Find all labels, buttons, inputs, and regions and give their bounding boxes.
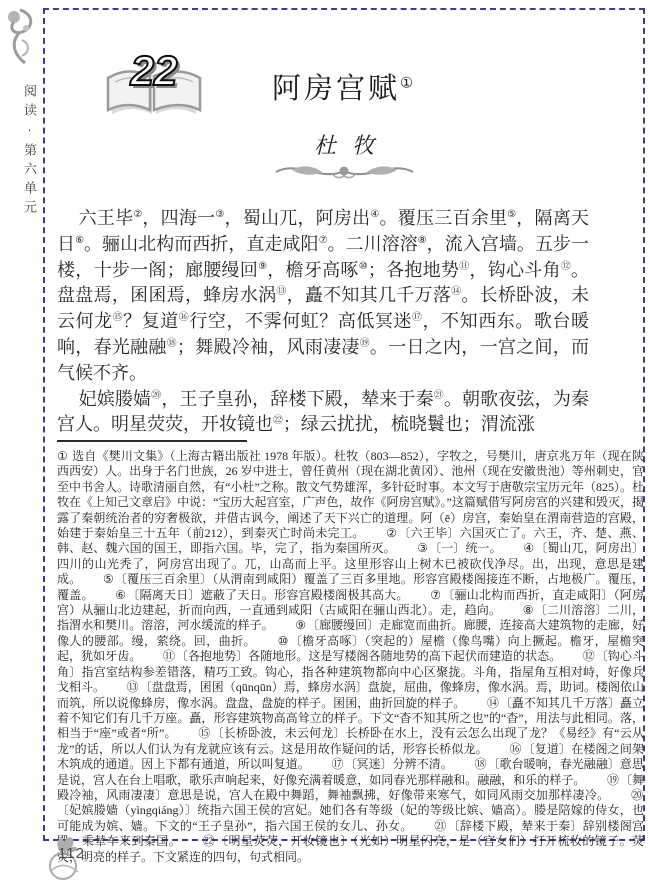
page-title: 阿房宫赋① xyxy=(43,66,645,107)
footnote-number: ⑭ xyxy=(487,696,499,710)
footnote-number: ⑲ xyxy=(607,773,619,787)
author-flourish-icon xyxy=(272,156,417,186)
footnote-number: ⑥ xyxy=(115,588,126,602)
paragraph: 妃嫔媵嫱⑳，王子皇孙，辞楼下殿，辇来于秦㉑。朝歌夜弦，为秦宫人。明星荧荧，开妆镜… xyxy=(57,387,589,439)
footnote-number: ⑦ xyxy=(430,588,441,602)
paragraph: 六王毕②，四海一③，蜀山兀，阿房出④。覆压三百余里⑤，隔离天日⑥。骊山北构而西折… xyxy=(57,206,589,387)
footnote-number: ⑤ xyxy=(103,572,114,586)
corner-ornament-icon xyxy=(2,6,40,66)
footnote-number: ㉑ xyxy=(434,819,446,833)
page-number: 112 xyxy=(58,845,85,862)
footnote-number: ⑩ xyxy=(278,634,289,648)
footnote-number: ⑫ xyxy=(583,649,595,663)
footnote-number: ⑪ xyxy=(163,649,175,663)
footnote-number: ② xyxy=(386,526,397,540)
footnote-number: ⑰ xyxy=(331,757,343,771)
footnote-number: ⑯ xyxy=(509,742,521,756)
footnote-number: ③ xyxy=(417,541,428,555)
footnote-number: ⑮ xyxy=(198,726,210,740)
footnote-item: ⑥〔隔离天日〕遮蔽了天日。形容宫殿楼阁极其高大。 xyxy=(115,588,408,602)
footnote-number: ⑬ xyxy=(127,680,139,694)
main-text: 六王毕②，四海一③，蜀山兀，阿房出④。覆压三百余里⑤，隔离天日⑥。骊山北构而西折… xyxy=(57,206,589,438)
footnote-item: ③〔一〕统一。 xyxy=(417,541,501,555)
footnote-number: ⑨ xyxy=(295,618,306,632)
footnote-number: ① xyxy=(57,449,68,463)
footnote-number: ⑧ xyxy=(523,603,534,617)
footnote-number: ⑳ xyxy=(631,788,643,802)
footnote-separator xyxy=(57,440,247,442)
footnote-item: ⑰〔冥迷〕分辨不清。 xyxy=(331,757,452,771)
footnotes: ① 选自《樊川文集》（上海古籍出版社 1978 年版）。杜牧（803—852），… xyxy=(57,449,644,865)
footnote-number: ㉒ xyxy=(203,834,215,848)
footnote-number: ④ xyxy=(523,541,534,555)
sidebar-unit-label: 阅读·第六单元 xyxy=(20,84,39,219)
footnote-item: ⑪〔各抱地势〕各随地形。这是写楼阁各随地势的高下起伏而建造的状态。 xyxy=(163,649,561,663)
textbook-page: 阅读·第六单元 22 22 阿房宫赋① 杜牧 六王毕②，四海一③，蜀山兀，阿房出… xyxy=(0,0,650,892)
footnote-number: ⑱ xyxy=(474,757,486,771)
